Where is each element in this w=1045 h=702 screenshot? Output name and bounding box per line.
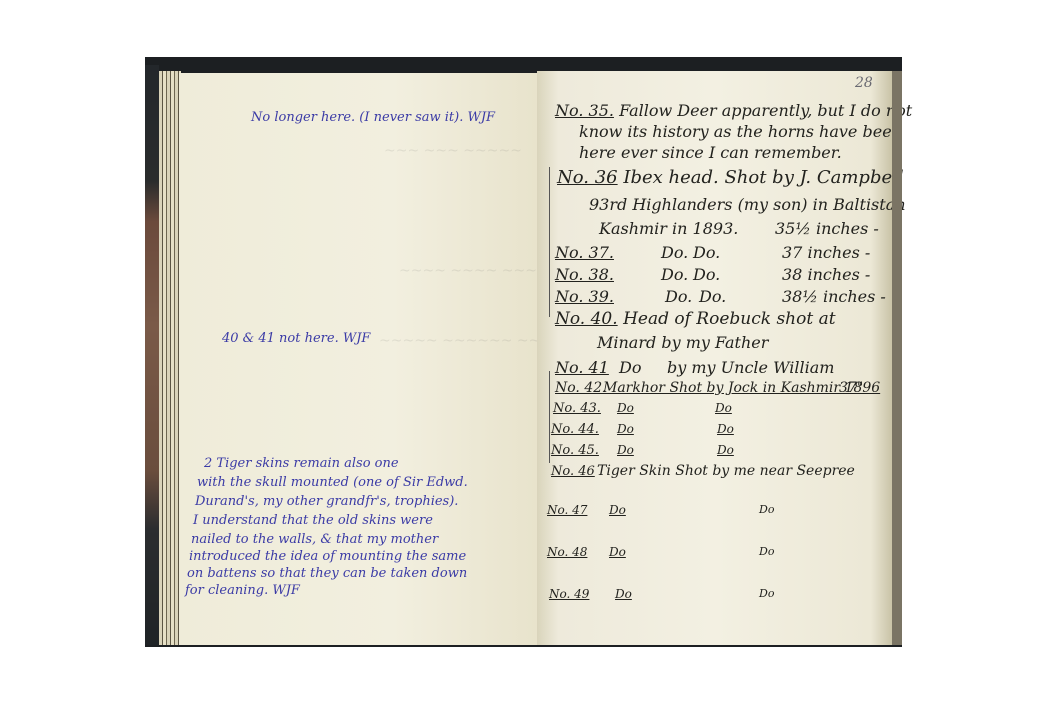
entry-48-number: No. 48 — [547, 545, 587, 559]
entry-39-number: No. 39. — [555, 287, 614, 306]
note-tiger-skins-line-7: on battens so that they can be taken dow… — [187, 566, 467, 581]
note-tiger-skins-line-5: nailed to the walls, & that my mother — [191, 532, 438, 547]
entry-36-line-3: Kashmir in 1893. — [599, 219, 738, 238]
entry-40: No. 40. Head of Roebuck shot at — [555, 309, 836, 329]
entry-44-ditto-1: Do — [617, 422, 634, 436]
entry-40-line-2: Minard by my Father — [597, 333, 768, 352]
entry-37-ditto-2: Do. — [693, 243, 720, 262]
entry-text: Fallow Deer apparently, but I do not — [619, 101, 912, 120]
bracket-mark — [549, 167, 550, 317]
note-tiger-skins-line-1: 2 Tiger skins remain also one — [204, 456, 399, 471]
entry-35: No. 35. Fallow Deer apparently, but I do… — [555, 101, 912, 120]
note-tiger-skins-line-2: with the skull mounted (one of Sir Edwd. — [197, 475, 468, 490]
right-page-edge — [892, 71, 902, 645]
entry-38-measure: 38 inches - — [782, 265, 870, 284]
entry-number: No. 36 — [557, 167, 618, 188]
entry-45-ditto-1: Do — [617, 443, 634, 457]
entry-38-number: No. 38. — [555, 265, 614, 284]
entry-text: Ibex head. Shot by J. Campbell — [623, 167, 903, 188]
entry-42-number: No. 42. — [555, 380, 607, 396]
note-no-longer-here: No longer here. (I never saw it). WJF — [251, 110, 495, 125]
entry-43-ditto-2: Do — [715, 401, 732, 415]
entry-47-number: No. 47 — [547, 503, 587, 517]
entry-36-line-2: 93rd Highlanders (my son) in Baltistan — [589, 195, 906, 214]
entry-41-text: by my Uncle William — [667, 358, 834, 377]
entry-36: No. 36 Ibex head. Shot by J. Campbell — [557, 167, 904, 188]
entry-47-ditto-1: Do — [609, 503, 626, 517]
entry-49-ditto-1: Do — [615, 587, 632, 601]
entry-43-ditto-1: Do — [617, 401, 634, 415]
entry-42-measure: 37" — [839, 380, 863, 396]
note-tiger-skins-line-8: for cleaning. WJF — [185, 583, 300, 598]
entry-49-ditto-2: Do — [759, 587, 774, 600]
entry-49-number: No. 49 — [549, 587, 589, 601]
left-page: ~~~ ~~~ ~~~~~ ~~~~ ~~~~ ~~~~~ ~~~~~ ~~~~… — [179, 73, 537, 645]
entry-48-ditto-1: Do — [609, 545, 626, 559]
entry-39-ditto-2: Do. — [699, 287, 726, 306]
entry-46-text: Tiger Skin Shot by me near Seepree — [597, 463, 855, 479]
entry-39-ditto-1: Do. — [665, 287, 692, 306]
note-tiger-skins-line-6: introduced the idea of mounting the same — [189, 549, 466, 564]
note-tiger-skins-line-3: Durand's, my other grandfr's, trophies). — [195, 494, 458, 509]
book-cover-edge — [145, 65, 159, 645]
entry-37-number: No. 37. — [555, 243, 614, 262]
bleed-through-text: ~~~ ~~~ ~~~~~ — [384, 143, 522, 159]
page-stack-edge — [159, 71, 181, 645]
bracket-mark — [549, 371, 550, 463]
open-notebook: ~~~ ~~~ ~~~~~ ~~~~ ~~~~ ~~~~~ ~~~~~ ~~~~… — [145, 57, 902, 647]
entry-45-number: No. 45. — [551, 443, 599, 458]
entry-39-measure: 38½ inches - — [782, 287, 886, 306]
entry-38-ditto-1: Do. — [661, 265, 688, 284]
right-page: 28 No. 35. Fallow Deer apparently, but I… — [537, 71, 892, 645]
entry-47-ditto-2: Do — [759, 503, 774, 516]
note-40-41-not-here: 40 & 41 not here. WJF — [222, 331, 370, 346]
entry-44-number: No. 44. — [551, 422, 599, 437]
note-tiger-skins-line-4: I understand that the old skins were — [193, 513, 433, 528]
entry-text: Head of Roebuck shot at — [623, 309, 836, 329]
entry-37-ditto-1: Do. — [661, 243, 688, 262]
entry-36-measure: 35½ inches - — [775, 219, 879, 238]
entry-41-ditto: Do — [619, 358, 641, 377]
entry-43-number: No. 43. — [553, 401, 601, 416]
entry-46-number: No. 46 — [551, 464, 595, 479]
entry-37-measure: 37 inches - — [782, 243, 870, 262]
page-number: 28 — [855, 75, 873, 91]
entry-48-ditto-2: Do — [759, 545, 774, 558]
entry-41-number: No. 41 — [555, 358, 609, 377]
entry-35-line-2: know its history as the horns have been — [579, 122, 902, 141]
entry-number: No. 35. — [555, 101, 614, 120]
entry-44-ditto-2: Do — [717, 422, 734, 436]
entry-number: No. 40. — [555, 309, 618, 329]
entry-35-line-3: here ever since I can remember. — [579, 143, 842, 162]
entry-45-ditto-2: Do — [717, 443, 734, 457]
entry-38-ditto-2: Do. — [693, 265, 720, 284]
